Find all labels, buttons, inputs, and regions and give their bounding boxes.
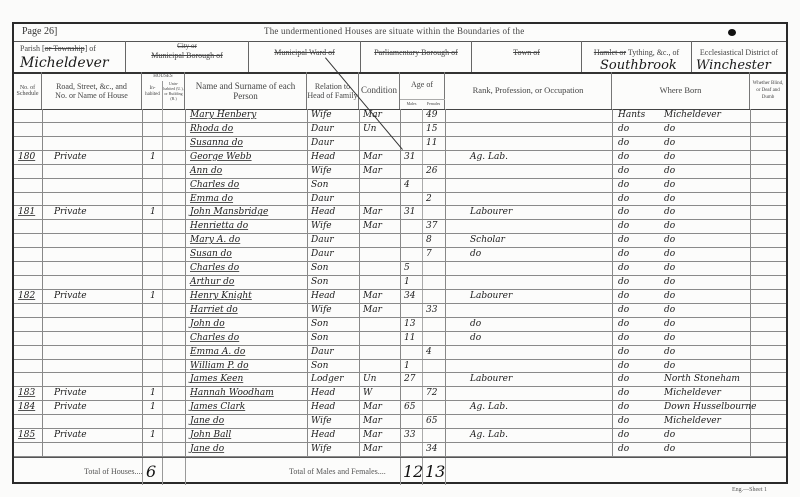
cell-born-county: do <box>618 221 629 231</box>
cell-born-place: do <box>664 249 675 259</box>
cell-born-place: do <box>664 207 675 217</box>
cell-female-age: 49 <box>426 110 437 120</box>
cell-name: Emma A. do <box>190 347 245 357</box>
cell-male-age: 34 <box>404 291 415 301</box>
cell-schedule: 180 <box>18 152 35 162</box>
table-row: 180Private1George WebbHeadMar31Ag. Lab.d… <box>14 151 786 165</box>
table-row: Henrietta doWifeMar37dodo <box>14 220 786 234</box>
header-relation: Relation to Head of Family <box>307 72 359 109</box>
cell-born-county: do <box>618 416 629 426</box>
cell-name: Charles do <box>190 333 239 343</box>
cell-male-age: 11 <box>404 333 415 343</box>
cell-born-place: do <box>664 347 675 357</box>
table-row: Rhoda doDaurUn15dodo <box>14 123 786 137</box>
cell-road: Private <box>54 388 87 398</box>
cell-relation: Daur <box>311 347 334 357</box>
cell-relation: Head <box>311 402 335 412</box>
cell-born-county: do <box>618 277 629 287</box>
cell-born-place: Micheldever <box>664 388 721 398</box>
cell-born-county: do <box>618 305 629 315</box>
cell-female-age: 26 <box>426 166 437 176</box>
header-females: Females <box>423 101 444 107</box>
cell-born-place: do <box>664 152 675 162</box>
total-males-value: 12 <box>403 462 423 481</box>
cell-born-county: do <box>618 263 629 273</box>
cell-born-place: do <box>664 138 675 148</box>
boundary-label: Municipal Ward of <box>249 48 360 57</box>
cell-condition: W <box>363 388 372 398</box>
cell-male-age: 33 <box>404 430 415 440</box>
cell-name: Jane do <box>190 444 224 454</box>
cell-female-age: 8 <box>426 235 432 245</box>
table-row: Charles doSon11dododo <box>14 332 786 346</box>
cell-condition: Mar <box>363 402 382 412</box>
cell-born-county: do <box>618 235 629 245</box>
cell-born-place: Down Husselbourne <box>664 402 756 412</box>
cell-born-place: do <box>664 124 675 134</box>
cell-inhabited: 1 <box>150 207 156 217</box>
cell-relation: Son <box>311 319 328 329</box>
total-houses-value: 6 <box>146 462 156 481</box>
cell-name: James Clark <box>190 402 245 412</box>
cell-born-place: do <box>664 166 675 176</box>
cell-female-age: 15 <box>426 124 437 134</box>
cell-relation: Head <box>311 207 335 217</box>
col-divider <box>422 458 423 485</box>
boundary-value: Micheldever <box>20 55 109 71</box>
table-row: Emma A. doDaur4dodo <box>14 346 786 360</box>
cell-name: Ann do <box>190 166 222 176</box>
header-blind: Whether Blind, or Deaf and Dumb <box>750 72 786 109</box>
table-row: Charles doSon4dodo <box>14 179 786 193</box>
table-row: 182Private1Henry KnightHeadMar34Labourer… <box>14 290 786 304</box>
cell-born-county: do <box>618 138 629 148</box>
header-uninhabited: Unin-habited (U.), or Building (B.) <box>163 81 184 101</box>
cell-male-age: 4 <box>404 180 410 190</box>
cell-born-place: do <box>664 333 675 343</box>
cell-name: Charles do <box>190 263 239 273</box>
cell-road: Private <box>54 402 87 412</box>
cell-born-place: Micheldever <box>664 110 721 120</box>
sheet-footer: Eng.—Sheet 1 <box>732 487 767 493</box>
table-row: 181Private1John MansbridgeHeadMar31Labou… <box>14 206 786 220</box>
cell-male-age: 1 <box>404 277 410 287</box>
cell-male-age: 13 <box>404 319 415 329</box>
total-houses-label: Total of Houses.... <box>84 467 143 476</box>
boundary-label: City or <box>126 42 248 50</box>
boundary-ecclesiastical: Ecclesiastical District of Winchester <box>692 41 786 72</box>
cell-name: Charles do <box>190 180 239 190</box>
cell-born-county: do <box>618 347 629 357</box>
table-row: Arthur doSon1dodo <box>14 276 786 290</box>
totals-row: Total of Houses.... 6 Total of Males and… <box>14 457 786 485</box>
col-divider <box>445 458 446 485</box>
cell-occupation: Scholar <box>470 235 505 245</box>
cell-female-age: 4 <box>426 347 432 357</box>
page-number: Page 26] <box>22 26 57 37</box>
cell-born-place: do <box>664 277 675 287</box>
header-houses: HOUSES In-habited Unin-habited (U.), or … <box>142 72 185 109</box>
cell-inhabited: 1 <box>150 388 156 398</box>
boundaries-row: Parish [or Township] of Micheldever City… <box>14 41 786 74</box>
cell-occupation: do <box>470 319 481 329</box>
cell-relation: Daur <box>311 235 334 245</box>
cell-relation: Lodger <box>311 374 344 384</box>
cell-female-age: 65 <box>426 416 437 426</box>
boundary-label: Parish [or Township] of <box>20 44 125 53</box>
cell-condition: Mar <box>363 207 382 217</box>
cell-condition: Mar <box>363 291 382 301</box>
cell-name: Mary Henbery <box>190 110 256 120</box>
cell-name: Mary A. do <box>190 235 240 245</box>
cell-occupation: Labourer <box>470 291 512 301</box>
cell-condition: Mar <box>363 305 382 315</box>
table-row: 185Private1John BallHeadMar33Ag. Lab.dod… <box>14 429 786 443</box>
title-row: Page 26] The undermentioned Houses are s… <box>14 24 786 42</box>
table-row: Jane doWifeMar34dodo <box>14 443 786 457</box>
column-header-row: No. of Schedule Road, Street, &c., and N… <box>14 72 786 110</box>
header-age-label: Age of <box>400 80 444 89</box>
cell-born-place: Micheldever <box>664 416 721 426</box>
cell-born-place: do <box>664 430 675 440</box>
boundary-ward: Municipal Ward of <box>249 41 361 72</box>
col-divider <box>142 458 143 485</box>
cell-name: John do <box>190 319 225 329</box>
cell-male-age: 27 <box>404 374 415 384</box>
header-houses-label: HOUSES <box>142 74 184 80</box>
boundary-parish: Parish [or Township] of Micheldever <box>14 41 126 72</box>
table-row: Susanna doDaur11dodo <box>14 137 786 151</box>
cell-condition: Mar <box>363 444 382 454</box>
page-title: The undermentioned Houses are situate wi… <box>264 26 524 36</box>
cell-name: Susanna do <box>190 138 243 148</box>
table-row: Charles doSon5dodo <box>14 262 786 276</box>
cell-name: Hannah Woodham <box>190 388 274 398</box>
table-row: 183Private1Hannah WoodhamHeadW72doMichel… <box>14 387 786 401</box>
cell-road: Private <box>54 291 87 301</box>
col-divider <box>400 458 401 485</box>
table-row: William P. doSon1dodo <box>14 360 786 374</box>
cell-relation: Wife <box>311 221 332 231</box>
cell-occupation: do <box>470 333 481 343</box>
cell-name: Harriet do <box>190 305 238 315</box>
table-row: Susan doDaur7dododo <box>14 248 786 262</box>
cell-born-county: do <box>618 166 629 176</box>
cell-born-place: do <box>664 194 675 204</box>
table-row: Ann doWifeMar26dodo <box>14 165 786 179</box>
cell-occupation: do <box>470 249 481 259</box>
cell-inhabited: 1 <box>150 291 156 301</box>
cell-born-county: Hants <box>618 110 645 120</box>
boundary-label: Town of <box>472 48 581 57</box>
census-sheet: Page 26] The undermentioned Houses are s… <box>12 22 788 484</box>
cell-name: Susan do <box>190 249 232 259</box>
col-divider <box>162 458 163 485</box>
cell-born-county: do <box>618 388 629 398</box>
header-born: Where Born <box>612 72 750 109</box>
cell-schedule: 185 <box>18 430 35 440</box>
cell-inhabited: 1 <box>150 430 156 440</box>
cell-born-place: do <box>664 291 675 301</box>
cell-male-age: 1 <box>404 361 410 371</box>
cell-born-place: do <box>664 221 675 231</box>
header-schedule: No. of Schedule <box>14 72 42 109</box>
header-road: Road, Street, &c., and No. or Name of Ho… <box>42 72 142 109</box>
cell-relation: Head <box>311 388 335 398</box>
cell-born-county: do <box>618 374 629 384</box>
cell-relation: Head <box>311 291 335 301</box>
cell-schedule: 183 <box>18 388 35 398</box>
cell-born-place: do <box>664 235 675 245</box>
cell-born-place: do <box>664 305 675 315</box>
cell-relation: Wife <box>311 305 332 315</box>
boundary-parliamentary: Parliamentary Borough of <box>361 41 472 72</box>
cell-male-age: 31 <box>404 152 415 162</box>
boundary-municipal-borough: City or Municipal Borough of <box>126 41 249 72</box>
cell-relation: Son <box>311 180 328 190</box>
cell-relation: Wife <box>311 166 332 176</box>
boundary-label: Hamlet or Tything, &c., of <box>582 48 691 57</box>
cell-schedule: 184 <box>18 402 35 412</box>
cell-male-age: 65 <box>404 402 415 412</box>
cell-relation: Daur <box>311 194 334 204</box>
cell-name: Emma do <box>190 194 233 204</box>
ink-blot <box>728 29 736 36</box>
cell-relation: Son <box>311 277 328 287</box>
cell-relation: Head <box>311 430 335 440</box>
cell-occupation: Labourer <box>470 207 512 217</box>
cell-relation: Son <box>311 263 328 273</box>
cell-born-place: do <box>664 263 675 273</box>
cell-female-age: 37 <box>426 221 437 231</box>
cell-name: John Mansbridge <box>190 207 268 217</box>
cell-name: William P. do <box>190 361 249 371</box>
header-age: Age of Males Females <box>400 72 445 109</box>
cell-relation: Wife <box>311 416 332 426</box>
cell-female-age: 11 <box>426 138 437 148</box>
col-divider <box>185 458 186 485</box>
cell-born-county: do <box>618 402 629 412</box>
cell-name: Rhoda do <box>190 124 233 134</box>
cell-relation: Daur <box>311 124 334 134</box>
cell-born-county: do <box>618 361 629 371</box>
cell-occupation: Labourer <box>470 374 512 384</box>
cell-road: Private <box>54 430 87 440</box>
total-females-value: 13 <box>425 462 445 481</box>
cell-name: Henry Knight <box>190 291 252 301</box>
cell-name: Arthur do <box>190 277 234 287</box>
cell-male-age: 5 <box>404 263 410 273</box>
cell-condition: Mar <box>363 152 382 162</box>
cell-road: Private <box>54 152 87 162</box>
cell-born-place: do <box>664 319 675 329</box>
cell-inhabited: 1 <box>150 152 156 162</box>
boundary-town: Town of <box>472 41 582 72</box>
cell-born-county: do <box>618 430 629 440</box>
cell-condition: Mar <box>363 221 382 231</box>
cell-born-county: do <box>618 444 629 454</box>
table-row: Mary A. doDaur8Scholardodo <box>14 234 786 248</box>
table-row: Emma doDaur2dodo <box>14 193 786 207</box>
cell-condition: Mar <box>363 166 382 176</box>
table-row: John doSon13dododo <box>14 318 786 332</box>
header-occupation: Rank, Profession, or Occupation <box>445 72 612 109</box>
cell-occupation: Ag. Lab. <box>470 402 508 412</box>
cell-schedule: 182 <box>18 291 35 301</box>
census-rows: Mary HenberyWifeMar49HantsMicheldeverRho… <box>14 109 786 457</box>
cell-relation: Wife <box>311 444 332 454</box>
cell-condition: Un <box>363 374 376 384</box>
cell-schedule: 181 <box>18 207 35 217</box>
cell-male-age: 31 <box>404 207 415 217</box>
boundary-value: Southbrook <box>600 58 677 73</box>
cell-female-age: 33 <box>426 305 437 315</box>
cell-condition: Un <box>363 124 376 134</box>
table-row: Mary HenberyWifeMar49HantsMicheldever <box>14 109 786 123</box>
table-row: James KeenLodgerUn27LabourerdoNorth Ston… <box>14 373 786 387</box>
cell-name: Jane do <box>190 416 224 426</box>
cell-born-place: do <box>664 180 675 190</box>
table-row: 184Private1James ClarkHeadMar65Ag. Lab.d… <box>14 401 786 415</box>
header-males: Males <box>401 101 422 107</box>
cell-born-place: do <box>664 361 675 371</box>
header-name: Name and Surname of each Person <box>185 72 307 109</box>
cell-born-county: do <box>618 152 629 162</box>
cell-road: Private <box>54 207 87 217</box>
boundary-label: Ecclesiastical District of <box>692 48 786 57</box>
cell-born-county: do <box>618 333 629 343</box>
cell-condition: Mar <box>363 416 382 426</box>
cell-relation: Son <box>311 333 328 343</box>
cell-name: James Keen <box>190 374 243 384</box>
cell-female-age: 72 <box>426 388 437 398</box>
cell-name: Henrietta do <box>190 221 248 231</box>
cell-relation: Son <box>311 361 328 371</box>
cell-born-county: do <box>618 207 629 217</box>
cell-relation: Daur <box>311 138 334 148</box>
cell-inhabited: 1 <box>150 402 156 412</box>
table-row: Harriet doWifeMar33dodo <box>14 304 786 318</box>
cell-born-county: do <box>618 194 629 204</box>
table-row: Jane doWifeMar65doMicheldever <box>14 415 786 429</box>
houses-divider <box>162 81 163 109</box>
boundary-value: Winchester <box>696 58 771 73</box>
cell-occupation: Ag. Lab. <box>470 430 508 440</box>
cell-born-county: do <box>618 124 629 134</box>
cell-female-age: 34 <box>426 444 437 454</box>
cell-born-county: do <box>618 180 629 190</box>
total-persons-label: Total of Males and Females.... <box>289 467 386 476</box>
cell-born-county: do <box>618 319 629 329</box>
cell-name: George Webb <box>190 152 252 162</box>
cell-relation: Wife <box>311 110 332 120</box>
cell-occupation: Ag. Lab. <box>470 152 508 162</box>
cell-female-age: 7 <box>426 249 432 259</box>
cell-born-place: do <box>664 444 675 454</box>
header-inhabited: In-habited <box>143 86 162 98</box>
cell-condition: Mar <box>363 430 382 440</box>
cell-born-county: do <box>618 291 629 301</box>
cell-female-age: 2 <box>426 194 432 204</box>
cell-relation: Daur <box>311 249 334 259</box>
boundary-label: Parliamentary Borough of <box>361 48 471 57</box>
boundary-label: Municipal Borough of <box>126 51 248 60</box>
boundary-hamlet: Hamlet or Tything, &c., of Southbrook <box>582 41 692 72</box>
cell-born-county: do <box>618 249 629 259</box>
cell-relation: Head <box>311 152 335 162</box>
cell-name: John Ball <box>190 430 231 440</box>
age-divider <box>400 99 445 100</box>
cell-born-place: North Stoneham <box>664 374 740 384</box>
